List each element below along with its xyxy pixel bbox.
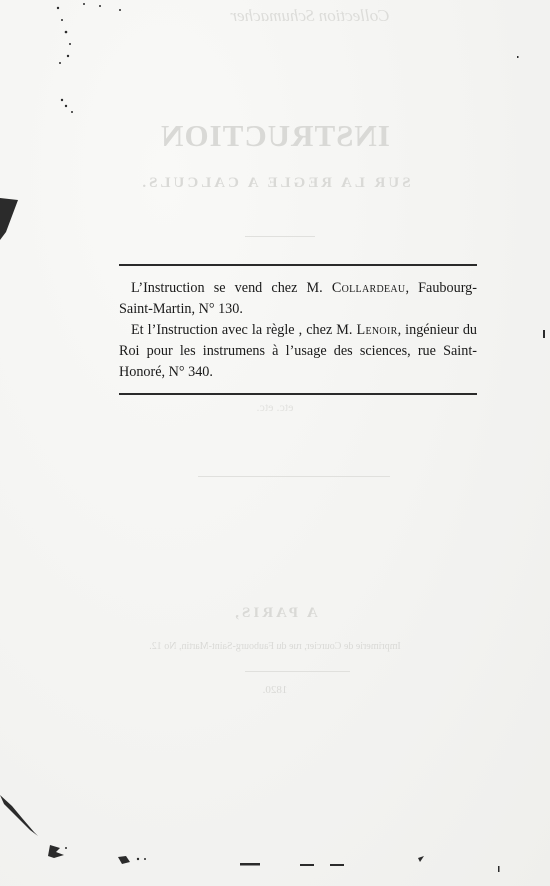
scanned-page: Collection Schumacher INSTRUCTION SUR LA… — [0, 0, 550, 886]
scan-artifacts — [0, 0, 550, 886]
